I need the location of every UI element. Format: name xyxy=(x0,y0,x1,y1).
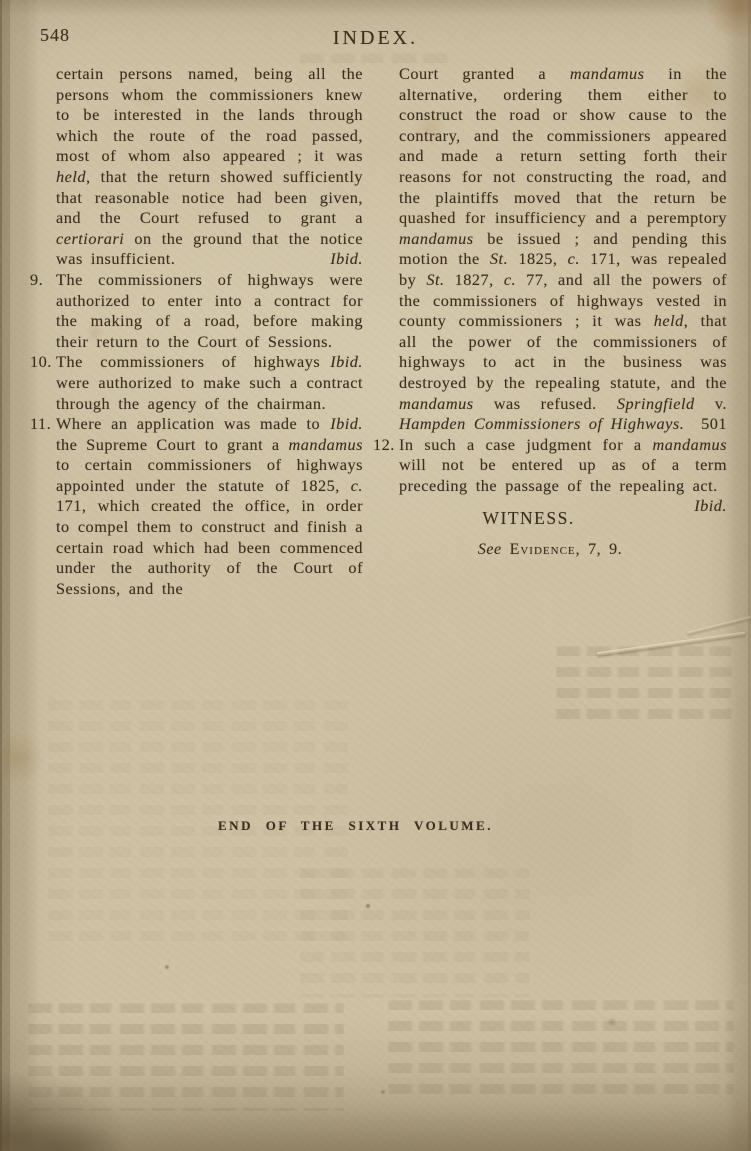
entry-number: 12. xyxy=(373,435,399,456)
text-segment: Springfield xyxy=(617,394,695,413)
entry-number: 10. xyxy=(30,352,56,373)
text-segment: St. xyxy=(490,249,508,268)
text-segment: certain persons named, being all the per… xyxy=(56,64,363,165)
witness-cross-reference: See Evidence, 7, 9. xyxy=(373,540,727,561)
text-segment: Hampden Commissioners of Highways. xyxy=(399,414,684,433)
end-of-volume-notice: END OF THE SIXTH VOLUME. xyxy=(0,818,731,834)
entry-number: 11. xyxy=(30,414,56,435)
ghost-text xyxy=(28,1003,344,1111)
text-segment: mandamus xyxy=(288,435,363,454)
ghost-text xyxy=(388,1000,734,1100)
text-segment: certiorari xyxy=(56,229,124,248)
text-segment: 1827, xyxy=(445,270,504,289)
page-reference: Ibid. xyxy=(330,249,363,270)
text-segment: Evidence xyxy=(510,541,576,558)
left-column: certain persons named, being all the per… xyxy=(30,64,363,599)
entry-number: 9. xyxy=(30,270,56,291)
crease-mark xyxy=(596,632,745,657)
text-segment: St. xyxy=(426,270,444,289)
ghost-text xyxy=(556,646,734,724)
text-segment: to certain commissioners of highways app… xyxy=(56,455,363,495)
text-segment: will not be entered up as of a term prec… xyxy=(399,455,727,495)
index-entry: 11.Where an application was made to the … xyxy=(30,414,363,599)
witness-heading: WITNESS. xyxy=(373,508,727,529)
page-reference: Ibid. xyxy=(694,496,727,517)
text-segment: held xyxy=(654,311,684,330)
page-title: INDEX. xyxy=(0,27,751,50)
text-segment: 1825, xyxy=(508,249,568,268)
index-entry: 9.The commissioners of highways were aut… xyxy=(30,270,363,352)
text-segment: Where an application was made to the Sup… xyxy=(56,414,320,454)
text-segment: mandamus xyxy=(399,229,474,248)
text-segment: v. xyxy=(695,394,727,413)
right-column: Court granted a mandamus in the alternat… xyxy=(373,64,727,599)
text-segment: See xyxy=(478,541,502,558)
text-segment: c. xyxy=(568,249,580,268)
witness-section: WITNESS. See Evidence, 7, 9. xyxy=(373,508,727,560)
text-segment xyxy=(502,541,510,558)
right-column-entries: Court granted a mandamus in the alternat… xyxy=(373,64,727,496)
index-entry: certain persons named, being all the per… xyxy=(30,64,363,270)
text-segment: mandamus xyxy=(399,394,474,413)
crease-mark xyxy=(687,616,751,635)
text-segment: , that the return showed sufficiently th… xyxy=(56,167,363,227)
text-segment: 171, which created the office, in order … xyxy=(56,496,363,597)
text-segment: The commissioners of highways were autho… xyxy=(56,270,363,351)
book-page: 548 INDEX. certain persons named, being … xyxy=(0,0,751,1151)
text-segment: mandamus xyxy=(652,435,727,454)
text-segment: , 7, 9. xyxy=(576,541,623,558)
text-segment: was refused. xyxy=(474,394,617,413)
index-entry: 10.The commissioners of highways were au… xyxy=(30,352,363,414)
page-reference: Ibid. xyxy=(330,352,363,373)
text-segment: In such a case judgment for a xyxy=(399,435,652,454)
index-entry: 12.In such a case judgment for a mandamu… xyxy=(373,435,727,497)
ghost-text xyxy=(300,868,530,998)
text-segment: held xyxy=(56,167,86,186)
index-body: certain persons named, being all the per… xyxy=(30,64,727,599)
text-segment: c. xyxy=(504,270,516,289)
text-segment: c. xyxy=(351,476,363,495)
text-segment: The commissioners of highways were autho… xyxy=(56,352,363,412)
index-entry: Court granted a mandamus in the alternat… xyxy=(373,64,727,435)
text-segment: Court granted a xyxy=(399,64,570,83)
text-segment: in the alternative, ordering them either… xyxy=(399,64,727,227)
page-reference: Ibid. xyxy=(330,414,363,435)
text-segment: mandamus xyxy=(570,64,645,83)
page-reference: 501 xyxy=(701,414,727,435)
